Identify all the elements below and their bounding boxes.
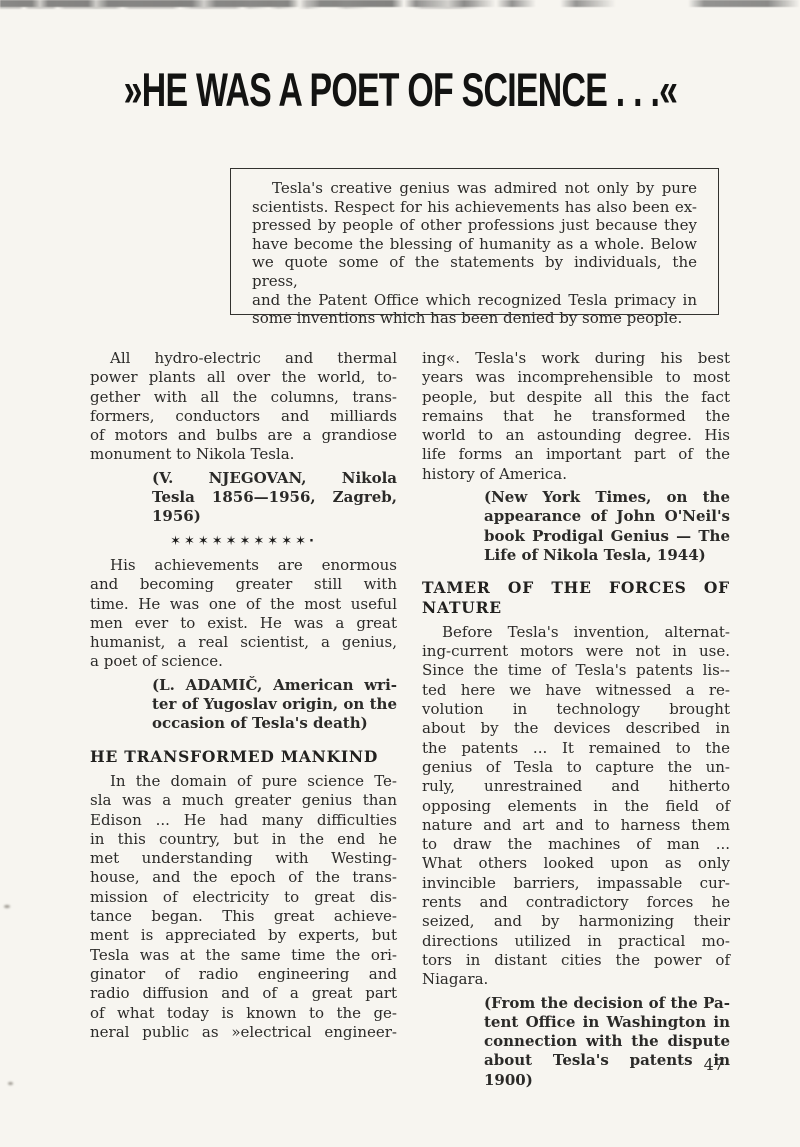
text-line: NATURE (422, 598, 730, 617)
text-line: ted here we have witnessed a re- (422, 681, 730, 700)
section-heading-he-transformed-mankind: HE TRANSFORMED MANKIND (90, 747, 397, 766)
quote-paragraph-adamic: His achievements are enormousand becomin… (90, 556, 397, 672)
attribution-njegovan: (V. NJEGOVAN, NikolaTesla 1856—1956, Zag… (152, 469, 397, 527)
text-line: years was incomprehensible to most (422, 368, 730, 387)
text-line: the patents ... It remained to the (422, 739, 730, 758)
text-line: and becoming greater still with (90, 575, 397, 594)
scan-speck (8, 1082, 13, 1085)
text-line: invincible barriers, impassable cur- (422, 874, 730, 893)
text-line: Tesla's creative genius was admired not … (252, 179, 697, 198)
text-line: we quote some of the statements by indiv… (252, 253, 697, 290)
text-line: His achievements are enormous (90, 556, 397, 575)
text-line: Tesla 1856—1956, Zagreb, (152, 488, 397, 507)
text-line: (New York Times, on the (484, 488, 730, 507)
text-line: opposing elements in the field of (422, 797, 730, 816)
text-line: 1956) (152, 507, 397, 526)
text-line: seized, and by harmonizing their (422, 912, 730, 931)
text-line: What others looked upon as only (422, 854, 730, 873)
text-line: pressed by people of other professions j… (252, 216, 697, 235)
text-line: Edison ... He had many difficulties (90, 811, 397, 830)
text-line: men ever to exist. He was a great (90, 614, 397, 633)
text-line: life forms an important part of the (422, 445, 730, 464)
text-line: tent Office in Washington in (484, 1013, 730, 1032)
text-line: some inventions which has been denied by… (252, 309, 697, 328)
text-line: scientists. Respect for his achievements… (252, 198, 697, 217)
quote-paragraph-patent-office-part2: Before Tesla's invention, alternat-ing-c… (422, 623, 730, 990)
text-line: TAMER OF THE FORCES OF (422, 578, 730, 597)
text-line: of motors and bulbs are a grandiose (90, 426, 397, 445)
text-line: Since the time of Tesla's patents lis-- (422, 661, 730, 680)
text-line: ginator of radio engineering and (90, 965, 397, 984)
text-line: directions utilized in practical mo- (422, 932, 730, 951)
text-line: ing-current motors were not in use. (422, 642, 730, 661)
scan-speck (4, 905, 10, 908)
text-line: to draw the machines of man ... (422, 835, 730, 854)
text-line: gether with all the columns, trans- (90, 388, 397, 407)
text-line: ruly, unrestrained and hitherto (422, 777, 730, 796)
text-line: mission of electricity to great dis- (90, 888, 397, 907)
scanned-book-page: »HE WAS A POET OF SCIENCE . . .« Tesla's… (0, 0, 800, 1147)
text-line: formers, conductors and milliards (90, 407, 397, 426)
quote-paragraph-nyt: ing«. Tesla's work during his bestyears … (422, 349, 730, 484)
page-title-text: »HE WAS A POET OF SCIENCE . . .« (123, 64, 677, 116)
text-line: ter of Yugoslav origin, on the (152, 695, 397, 714)
text-line: (L. ADAMIČ, American wri- (152, 676, 397, 695)
text-line: (From the decision of the Pa- (484, 994, 730, 1013)
section-heading-tamer-of-forces: TAMER OF THE FORCES OFNATURE (422, 578, 730, 617)
text-line: remains that he transformed the (422, 407, 730, 426)
text-line: house, and the epoch of the trans- (90, 868, 397, 887)
attribution-patent-office: (From the decision of the Pa-tent Office… (484, 994, 730, 1090)
text-line: nature and art and to harness them (422, 816, 730, 835)
text-line: In the domain of pure science Te- (90, 772, 397, 791)
text-line: Tesla was at the same time the ori- (90, 946, 397, 965)
text-line: connection with the dispute (484, 1032, 730, 1051)
quote-paragraph-patent-office-part1: In the domain of pure science Te-sla was… (90, 772, 397, 1042)
text-line: sla was a much greater genius than (90, 791, 397, 810)
text-line: radio diffusion and of a great part (90, 984, 397, 1003)
text-line: humanist, a real scientist, a genius, (90, 633, 397, 652)
left-column: All hydro-electric and thermalpower plan… (90, 349, 397, 1042)
scan-artifact-top-edge (0, 0, 800, 7)
text-line: appearance of John O'Neil's (484, 507, 730, 526)
text-line: monument to Nikola Tesla. (90, 445, 397, 464)
text-line: tors in distant cities the power of (422, 951, 730, 970)
text-line: (V. NJEGOVAN, Nikola (152, 469, 397, 488)
text-line: Niagara. (422, 970, 730, 989)
text-line: ing«. Tesla's work during his best (422, 349, 730, 368)
quote-paragraph-njegovan: All hydro-electric and thermalpower plan… (90, 349, 397, 465)
attribution-adamic: (L. ADAMIČ, American wri-ter of Yugoslav… (152, 676, 397, 734)
text-line: met understanding with Westing- (90, 849, 397, 868)
text-line: about by the devices described in (422, 719, 730, 738)
page-number: 47 (680, 1055, 724, 1074)
text-line: ment is appreciated by experts, but (90, 926, 397, 945)
text-line: rents and contradictory forces he (422, 893, 730, 912)
text-line: of what today is known to the ge- (90, 1004, 397, 1023)
text-line: volution in technology brought (422, 700, 730, 719)
text-line: tance began. This great achieve- (90, 907, 397, 926)
text-line: and the Patent Office which recognized T… (252, 291, 697, 310)
text-line: world to an astounding degree. His (422, 426, 730, 445)
text-line: Before Tesla's invention, alternat- (422, 623, 730, 642)
text-line: in this country, but in the end he (90, 830, 397, 849)
text-line: All hydro-electric and thermal (90, 349, 397, 368)
text-line: people, but despite all this the fact (422, 388, 730, 407)
text-line: book Prodigal Genius — The (484, 527, 730, 546)
star-divider: ✶✶✶✶✶✶✶✶✶✶· (90, 532, 397, 551)
text-line: genius of Tesla to capture the un- (422, 758, 730, 777)
text-line: a poet of science. (90, 652, 397, 671)
text-line: occasion of Tesla's death) (152, 714, 397, 733)
text-line: neral public as »electrical engineer- (90, 1023, 397, 1042)
text-line: Life of Nikola Tesla, 1944) (484, 546, 730, 565)
text-line: time. He was one of the most useful (90, 595, 397, 614)
text-line: history of America. (422, 465, 730, 484)
intro-box: Tesla's creative genius was admired not … (230, 168, 719, 315)
page-title: »HE WAS A POET OF SCIENCE . . .« (0, 64, 800, 116)
attribution-new-york-times: (New York Times, on theappearance of Joh… (484, 488, 730, 565)
right-column: ing«. Tesla's work during his bestyears … (422, 349, 730, 1095)
text-line: have become the blessing of humanity as … (252, 235, 697, 254)
text-line: power plants all over the world, to- (90, 368, 397, 387)
